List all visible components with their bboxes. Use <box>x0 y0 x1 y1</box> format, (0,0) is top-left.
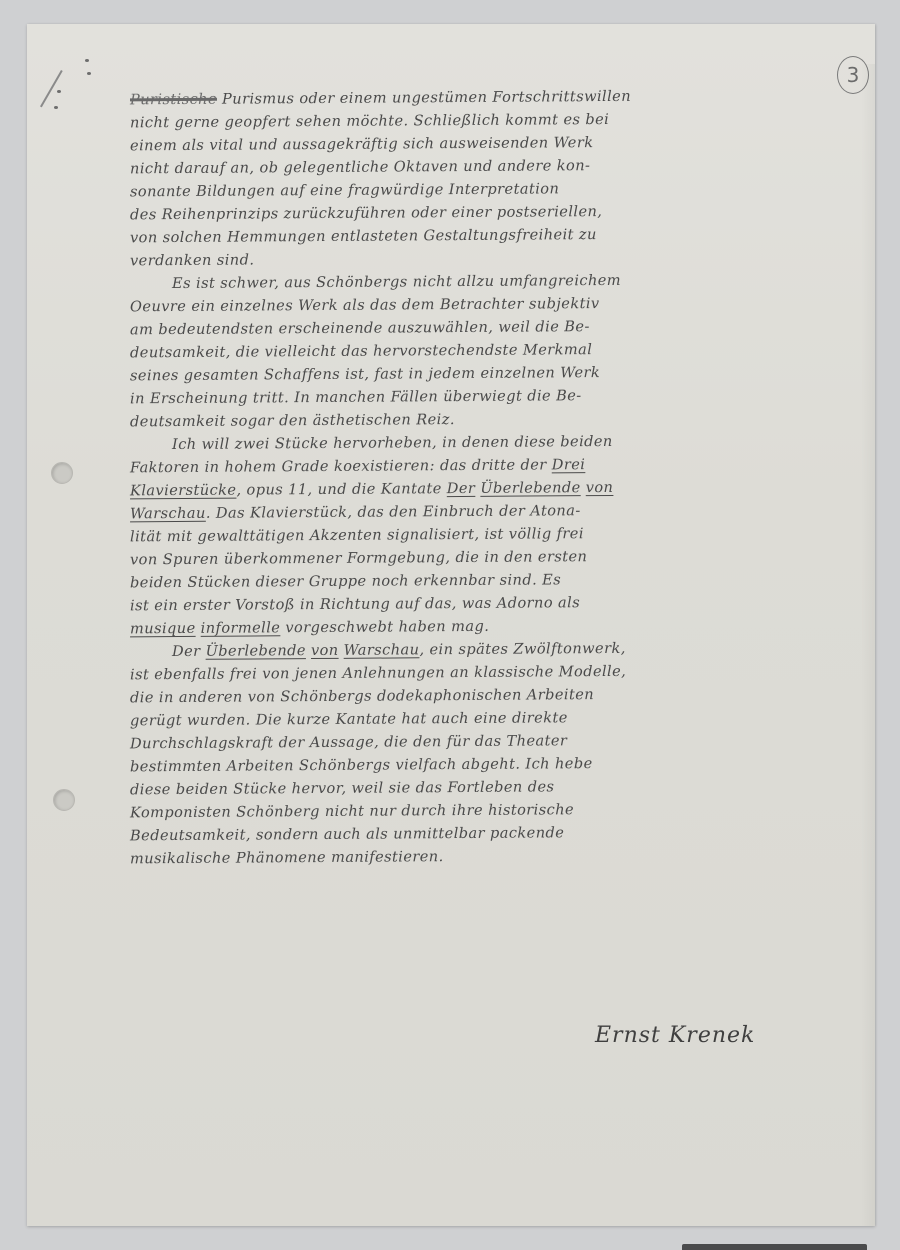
text-segment: Oeuvre ein einzelnes Werk als das dem Be… <box>130 295 600 315</box>
text-segment: einem als vital und aussagekräftig sich … <box>130 134 594 154</box>
text-segment: deutsamkeit sogar den ästhetischen Reiz. <box>130 411 455 430</box>
text-segment: von solchen Hemmungen entlasteten Gestal… <box>130 226 597 246</box>
text-segment: Der <box>172 643 206 660</box>
underlined-title: Überlebende <box>480 479 580 497</box>
ink-speck <box>54 106 58 109</box>
text-segment: gerügt wurden. Die kurze Kantate hat auc… <box>130 709 568 729</box>
text-segment: ist ein erster Vorstoß in Richtung auf d… <box>130 594 580 614</box>
text-segment: lität mit gewalttätigen Akzenten signali… <box>130 525 584 545</box>
handwritten-body: Puristische Purismus oder einem ungestüm… <box>130 86 795 868</box>
text-segment: verdanken sind. <box>130 251 254 269</box>
text-segment: von Spuren überkommener Formgebung, die … <box>130 548 587 568</box>
punch-hole-top <box>51 462 73 484</box>
underlined-title: Der <box>447 480 476 497</box>
underlined-title: von <box>586 479 614 496</box>
text-segment: , ein spätes Zwölftonwerk, <box>419 640 625 658</box>
text-segment: Faktoren in hohem Grade koexistieren: da… <box>130 456 552 476</box>
ink-speck <box>57 90 61 93</box>
text-segment: in Erscheinung tritt. In manchen Fällen … <box>130 387 582 407</box>
underlined-title: Warschau <box>344 641 420 659</box>
signature: Ernst Krenek <box>595 1023 755 1048</box>
struck-word: Puristische <box>130 91 217 109</box>
page-number-circled: 3 <box>837 56 869 94</box>
scan-calibration-bar <box>682 1244 867 1250</box>
underlined-title: musique <box>130 620 196 637</box>
text-segment: nicht darauf an, ob gelegentliche Oktave… <box>130 157 590 177</box>
text-segment: nicht gerne geopfert sehen möchte. Schli… <box>130 111 609 131</box>
text-segment: Bedeutsamkeit, sondern auch als unmittel… <box>130 824 564 844</box>
ink-speck <box>85 59 89 62</box>
underlined-title: von <box>311 642 339 659</box>
text-segment: ist ebenfalls frei von jenen Anlehnungen… <box>130 663 626 683</box>
text-segment: diese beiden Stücke hervor, weil sie das… <box>130 778 554 798</box>
text-segment: , opus 11, und die Kantate <box>236 480 446 498</box>
text-segment: musikalische Phänomene manifestieren. <box>130 848 444 867</box>
text-segment: seines gesamten Schaffens ist, fast in j… <box>130 364 600 384</box>
text-segment: . Das Klavierstück, das den Einbruch der… <box>206 502 581 522</box>
underlined-title: Überlebende <box>206 642 306 660</box>
punch-hole-bottom <box>53 789 75 811</box>
underlined-title: Klavierstücke <box>130 482 237 500</box>
text-segment: beiden Stücken dieser Gruppe noch erkenn… <box>130 571 561 591</box>
underlined-title: Warschau <box>130 505 206 523</box>
underlined-title: informelle <box>201 619 281 637</box>
text-segment: die in anderen von Schönbergs dodekaphon… <box>130 686 594 706</box>
text-segment: Durchschlagskraft der Aussage, die den f… <box>130 732 567 752</box>
text-segment: Komponisten Schönberg nicht nur durch ih… <box>130 801 574 821</box>
page-number: 3 <box>847 63 860 87</box>
text-segment: Ich will zwei Stücke hervorheben, in den… <box>172 433 613 453</box>
text-segment: Es ist schwer, aus Schönbergs nicht allz… <box>172 272 621 292</box>
text-segment: Purismus oder einem ungestümen Fortschri… <box>217 88 631 108</box>
text-segment: vorgeschwebt haben mag. <box>280 618 489 636</box>
text-line: musikalische Phänomene manifestieren. <box>130 843 795 871</box>
text-segment: des Reihenprinzips zurückzuführen oder e… <box>130 203 602 223</box>
pencil-mark <box>40 70 63 107</box>
ink-speck <box>87 72 91 75</box>
text-segment: sonante Bildungen auf eine fragwürdige I… <box>130 180 559 200</box>
text-segment: am bedeutendsten erscheinende auszuwähle… <box>130 318 590 338</box>
underlined-title: Drei <box>552 456 586 473</box>
text-segment: deutsamkeit, die vielleicht das hervorst… <box>130 341 592 361</box>
text-segment: bestimmten Arbeiten Schönbergs vielfach … <box>130 755 593 775</box>
